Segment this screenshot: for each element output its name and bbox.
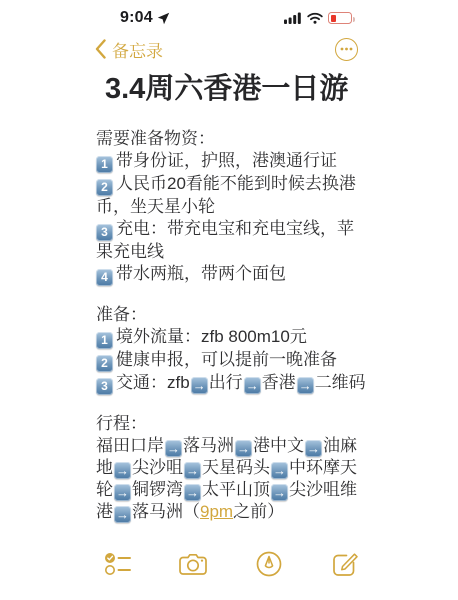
arrow-right-emoji: → [114,506,131,523]
arrow-right-emoji: → [244,377,261,394]
time-link[interactable]: 9pm [200,502,233,521]
note-item: 福田口岸→落马洲→港中文→油麻地→尖沙咀→天星码头→中环摩天轮→铜锣湾→太平山顶… [96,435,370,523]
arrow-right-emoji: → [305,440,322,457]
arrow-right-emoji: → [191,377,208,394]
status-right [284,12,352,24]
numbered-keycap-emoji: 3 [96,224,113,241]
arrow-right-emoji: → [271,462,288,479]
battery-level-low [331,15,336,22]
bottom-toolbar [103,546,359,582]
note-text: 铜锣湾 [132,480,183,499]
arrow-right-emoji: → [114,462,131,479]
note-text: 太平山顶 [202,480,270,499]
arrow-right-emoji: → [297,377,314,394]
arrow-right-emoji: → [271,484,288,501]
arrow-right-emoji: → [165,440,182,457]
arrow-right-emoji: → [184,484,201,501]
note-text: 带水两瓶，带两个面包 [116,264,286,283]
note-item: 2健康申报，可以提前一晚准备 [96,349,370,372]
camera-button[interactable] [179,550,207,578]
note-item: 1境外流量：zfb 800m10元 [96,326,370,349]
note-text: 天星码头 [202,458,270,477]
nav-bar: 备忘录 [0,36,458,62]
note-item: 3交通：zfb→出行→香港→二维码 [96,372,370,395]
more-button[interactable] [335,38,358,61]
checklist-icon [104,551,131,577]
battery-icon [328,12,352,24]
note-title: 3.4周六香港一日游 [105,72,385,106]
note-text: 福田口岸 [96,436,164,455]
note-body[interactable]: 需要准备物资：1带身份证，护照，港澳通行证2人民币20看能不能到时候去换港币，坐… [96,128,370,523]
note-section: 准备：1境外流量：zfb 800m10元2健康申报，可以提前一晚准备3交通：zf… [96,304,370,395]
note-text: 人民币20看能不能到时候去换港币，坐天星小轮 [96,174,356,216]
note-text: 交通：zfb [116,373,190,392]
note-text: 香港 [262,373,296,392]
compose-button[interactable] [331,550,359,578]
note-text: 落马洲 [183,436,234,455]
note-section: 需要准备物资：1带身份证，护照，港澳通行证2人民币20看能不能到时候去换港币，坐… [96,128,370,286]
note-text: 落马洲（ [132,502,200,521]
arrow-right-emoji: → [184,462,201,479]
status-time: 9:04 [120,9,153,27]
arrow-right-emoji: → [235,440,252,457]
note-text: 二维码 [315,373,366,392]
back-label: 备忘录 [112,37,163,62]
note-text: 境外流量：zfb 800m10元 [116,327,307,346]
section-heading: 行程： [96,413,370,435]
note-text: 之前） [233,502,284,521]
markup-pen-icon [256,551,282,577]
note-section: 行程：福田口岸→落马洲→港中文→油麻地→尖沙咀→天星码头→中环摩天轮→铜锣湾→太… [96,413,370,523]
arrow-right-emoji: → [114,484,131,501]
ellipsis-icon [340,47,353,51]
numbered-keycap-emoji: 4 [96,269,113,286]
section-heading: 需要准备物资： [96,128,370,150]
note-item: 1带身份证，护照，港澳通行证 [96,150,370,173]
chevron-left-icon [95,39,106,59]
cellular-signal-icon [284,12,302,24]
note-item: 2人民币20看能不能到时候去换港币，坐天星小轮 [96,173,370,218]
note-text: 带身份证，护照，港澳通行证 [116,151,337,170]
numbered-keycap-emoji: 2 [96,179,113,196]
status-left: 9:04 [120,9,170,27]
status-bar: 9:04 [0,6,458,30]
note-text: 充电：带充电宝和充电宝线，苹果充电线 [96,219,354,261]
numbered-keycap-emoji: 1 [96,332,113,349]
note-text: 港中文 [253,436,304,455]
wifi-icon [307,12,323,24]
note-item: 4带水两瓶，带两个面包 [96,263,370,286]
markup-button[interactable] [255,550,283,578]
note-item: 3充电：带充电宝和充电宝线，苹果充电线 [96,218,370,263]
compose-icon [332,551,358,577]
numbered-keycap-emoji: 1 [96,156,113,173]
checklist-button[interactable] [103,550,131,578]
back-button[interactable]: 备忘录 [95,37,163,62]
numbered-keycap-emoji: 3 [96,378,113,395]
section-heading: 准备： [96,304,370,326]
camera-icon [179,552,207,576]
location-arrow-icon [157,12,170,25]
note-text: 出行 [209,373,243,392]
note-text: 健康申报，可以提前一晚准备 [116,350,337,369]
note-text: 尖沙咀 [132,458,183,477]
numbered-keycap-emoji: 2 [96,355,113,372]
